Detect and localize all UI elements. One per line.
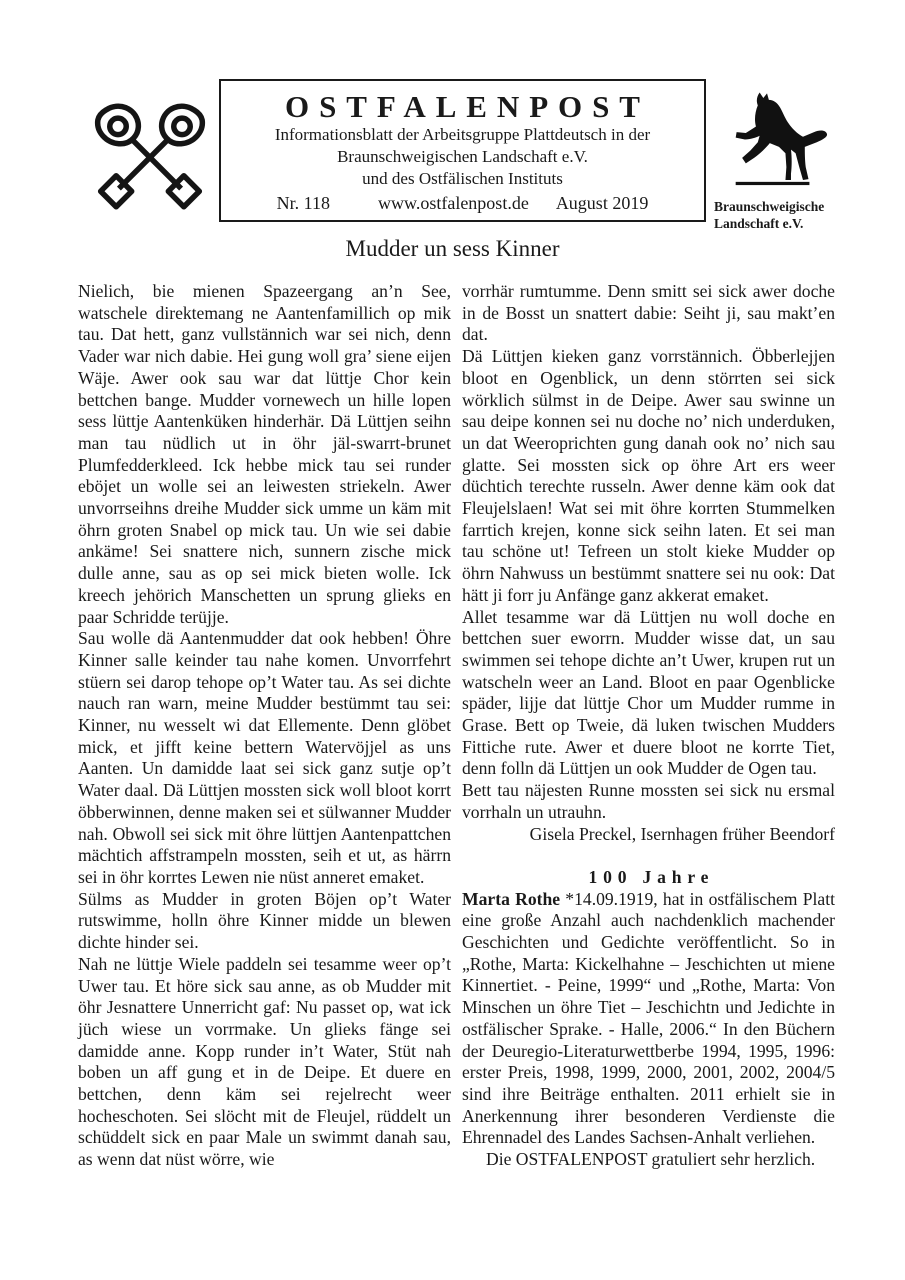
logo-caption-line-2: Landschaft e.V. — [714, 216, 860, 233]
right-column: vorrhär rumtumme. Denn smitt sei sick aw… — [462, 281, 835, 1171]
issue-number: Nr. 118 — [277, 191, 330, 215]
issue-date: August 2019 — [556, 191, 649, 215]
saxon-steed-icon — [714, 86, 860, 197]
article-title: Mudder un sess Kinner — [0, 234, 905, 264]
article-paragraph-7: Allet tesamme war dä Lüttjen nu woll doc… — [462, 607, 835, 781]
author-line: Gisela Preckel, Isernhagen früher Beendo… — [462, 824, 835, 846]
jubilee-paragraph: Marta Rothe *14.09.1919, hat in ostfälis… — [462, 889, 835, 1149]
logo-caption-line-1: Braunschweigische — [714, 199, 860, 216]
article-paragraph-1: Nielich, bie mienen Spazeergang an’n See… — [78, 281, 451, 628]
article-paragraph-4: Nah ne lüttje Wiele paddeln sei tesamme … — [78, 954, 451, 1171]
left-column: Nielich, bie mienen Spazeergang an’n See… — [78, 281, 451, 1171]
article-paragraph-6: Dä Lüttjen kieken ganz vorrstännich. Öbb… — [462, 346, 835, 606]
jubilee-heading: 100 Jahre — [462, 867, 835, 889]
jubilee-text: *14.09.1919, hat in ostfälischem Platt e… — [462, 889, 835, 1148]
jubilee-person-name: Marta Rothe — [462, 889, 560, 909]
article-paragraph-8: Bett tau näjesten Runne mossten sei sick… — [462, 780, 835, 823]
issue-line: Nr. 118 www.ostfalenpost.de August 2019 — [221, 191, 704, 215]
masthead-subtitle-line-2: Braunschweigischen Landschaft e.V. — [221, 146, 704, 168]
article-paragraph-2: Sau wolle dä Aantenmudder dat ook hebben… — [78, 628, 451, 888]
masthead-box: OSTFALENPOST Informationsblatt der Arbei… — [219, 79, 706, 222]
newsletter-title: OSTFALENPOST — [221, 90, 704, 124]
article-body: Nielich, bie mienen Spazeergang an’n See… — [78, 281, 835, 1171]
braunschweigische-landschaft-logo: Braunschweigische Landschaft e.V. — [714, 86, 860, 232]
article-paragraph-3: Sülms as Mudder in groten Böjen op’t Wat… — [78, 889, 451, 954]
closing-line: Die OSTFALENPOST gratuliert sehr herzlic… — [462, 1149, 835, 1171]
logo-caption: Braunschweigische Landschaft e.V. — [714, 199, 860, 232]
article-paragraph-5: vorrhär rumtumme. Denn smitt sei sick aw… — [462, 281, 835, 346]
newsletter-page: OSTFALENPOST Informationsblatt der Arbei… — [0, 0, 905, 1280]
website-url: www.ostfalenpost.de — [378, 191, 529, 215]
crossed-keys-emblem-icon — [86, 96, 214, 228]
masthead-subtitle-line-3: und des Ostfälischen Instituts — [221, 168, 704, 190]
masthead-subtitle-line-1: Informationsblatt der Arbeitsgruppe Plat… — [221, 124, 704, 146]
